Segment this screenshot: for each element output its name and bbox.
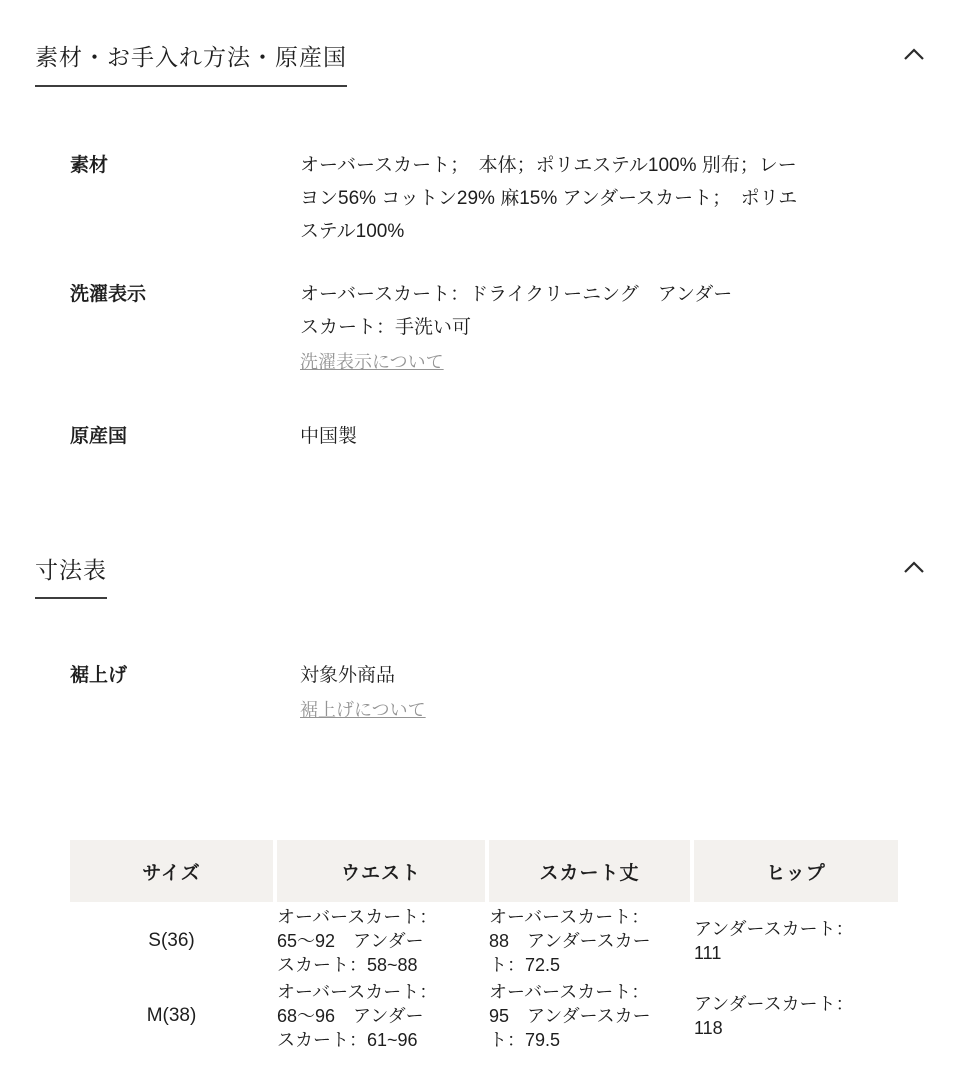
- table-cell-size-m: M(38): [70, 980, 273, 1052]
- product-detail-page: 素材・お手入れ方法・原産国 素材 オーバースカート； 本体；ポリエステル100%…: [0, 0, 969, 1080]
- table-cell-skirt-length-m: オーバースカート： 95 アンダースカー ト：79.5: [489, 980, 690, 1052]
- size-table-header-size: サイズ: [70, 840, 273, 902]
- hemming-value-wrap: 対象外商品 裾上げについて: [300, 659, 912, 723]
- section-title-size-chart: 寸法表: [35, 557, 107, 600]
- table-cell-waist-m: オーバースカート： 68〜96 アンダー スカート：61~96: [277, 980, 485, 1052]
- collapse-section-size-chart-button[interactable]: [903, 557, 925, 577]
- row-country-of-origin: 原産国 中国製: [70, 420, 969, 453]
- size-table-header-skirt-length: スカート丈: [489, 840, 690, 902]
- hemming-value: 対象外商品: [300, 659, 912, 692]
- size-table-header-waist: ウエスト: [277, 840, 485, 902]
- origin-value: 中国製: [300, 420, 912, 453]
- section-size-chart: 寸法表 裾上げ 対象外商品 裾上げについて サイズ ウエスト スカート丈 ヒップ…: [0, 557, 969, 1053]
- table-cell-size-s: S(36): [70, 905, 273, 977]
- section-material-care-origin: 素材・お手入れ方法・原産国 素材 オーバースカート； 本体；ポリエステル100%…: [0, 0, 969, 453]
- table-cell-waist-s: オーバースカート： 65〜92 アンダー スカート：58~88: [277, 905, 485, 977]
- row-material: 素材 オーバースカート； 本体；ポリエステル100% 別布；レー ヨン56% コ…: [70, 149, 969, 248]
- size-table: サイズ ウエスト スカート丈 ヒップ S(36) オーバースカート： 65〜92…: [70, 840, 902, 1052]
- hemming-link[interactable]: 裾上げについて: [300, 697, 426, 723]
- size-table-header-hip: ヒップ: [694, 840, 898, 902]
- row-hemming: 裾上げ 対象外商品 裾上げについて: [70, 659, 969, 723]
- hemming-label: 裾上げ: [70, 659, 300, 723]
- washing-value-wrap: オーバースカート：ドライクリーニング アンダー スカート：手洗い可 洗濯表示につ…: [300, 278, 912, 375]
- washing-label: 洗濯表示: [70, 278, 300, 375]
- washing-value: オーバースカート：ドライクリーニング アンダー スカート：手洗い可: [300, 278, 912, 344]
- material-label: 素材: [70, 149, 300, 248]
- chevron-up-icon: [903, 562, 925, 577]
- washing-instructions-link[interactable]: 洗濯表示について: [300, 349, 444, 375]
- collapse-section-material-button[interactable]: [903, 44, 925, 64]
- section-header: 素材・お手入れ方法・原産国: [0, 0, 969, 87]
- table-cell-skirt-length-s: オーバースカート： 88 アンダースカー ト：72.5: [489, 905, 690, 977]
- section-header: 寸法表: [0, 557, 969, 600]
- section-title-material: 素材・お手入れ方法・原産国: [35, 44, 347, 87]
- row-washing-instructions: 洗濯表示 オーバースカート：ドライクリーニング アンダー スカート：手洗い可 洗…: [70, 278, 969, 375]
- chevron-up-icon: [903, 49, 925, 64]
- origin-label: 原産国: [70, 420, 300, 453]
- table-cell-hip-m: アンダースカート： 118: [694, 980, 898, 1052]
- material-value: オーバースカート； 本体；ポリエステル100% 別布；レー ヨン56% コットン…: [300, 149, 912, 248]
- table-cell-hip-s: アンダースカート： 111: [694, 905, 898, 977]
